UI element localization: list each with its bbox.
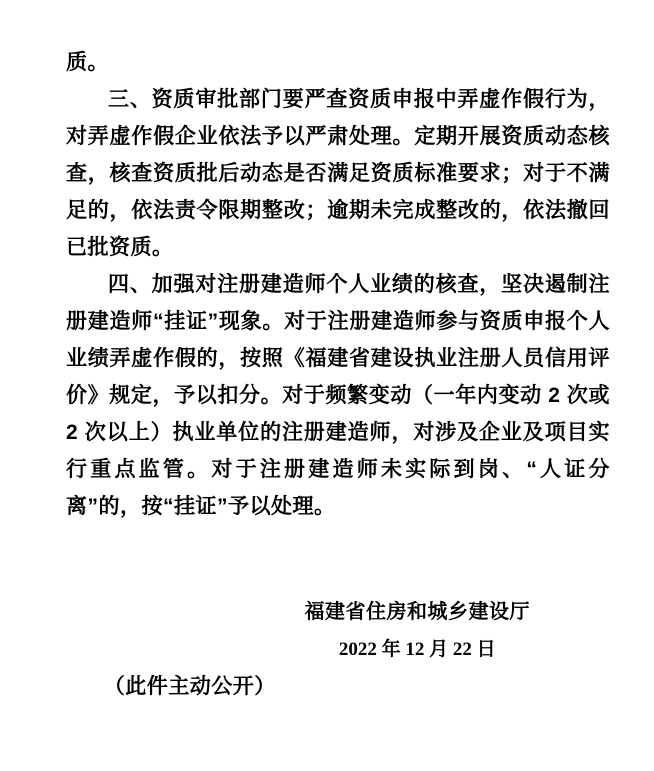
paragraph-item-three: 三、资质审批部门要严查资质申报中弄虚作假行为，对弄虚作假企业依法予以严肃处理。定… [66, 81, 610, 266]
disclosure-note: （此件主动公开） [66, 668, 610, 705]
document-page: 质。 三、资质审批部门要严查资质申报中弄虚作假行为，对弄虚作假企业依法予以严肃处… [0, 0, 654, 771]
signature-block: 福建省住房和城乡建设厅 2022 年 12 月 22 日 [305, 594, 531, 668]
signature-date: 2022 年 12 月 22 日 [305, 631, 531, 668]
signature-issuer: 福建省住房和城乡建设厅 [305, 594, 531, 631]
paragraph-continuation: 质。 [66, 44, 610, 81]
paragraph-item-four: 四、加强对注册建造师个人业绩的核查，坚决遏制注册建造师“挂证”现象。对于注册建造… [66, 266, 610, 525]
document-body: 质。 三、资质审批部门要严查资质申报中弄虚作假行为，对弄虚作假企业依法予以严肃处… [66, 44, 610, 525]
